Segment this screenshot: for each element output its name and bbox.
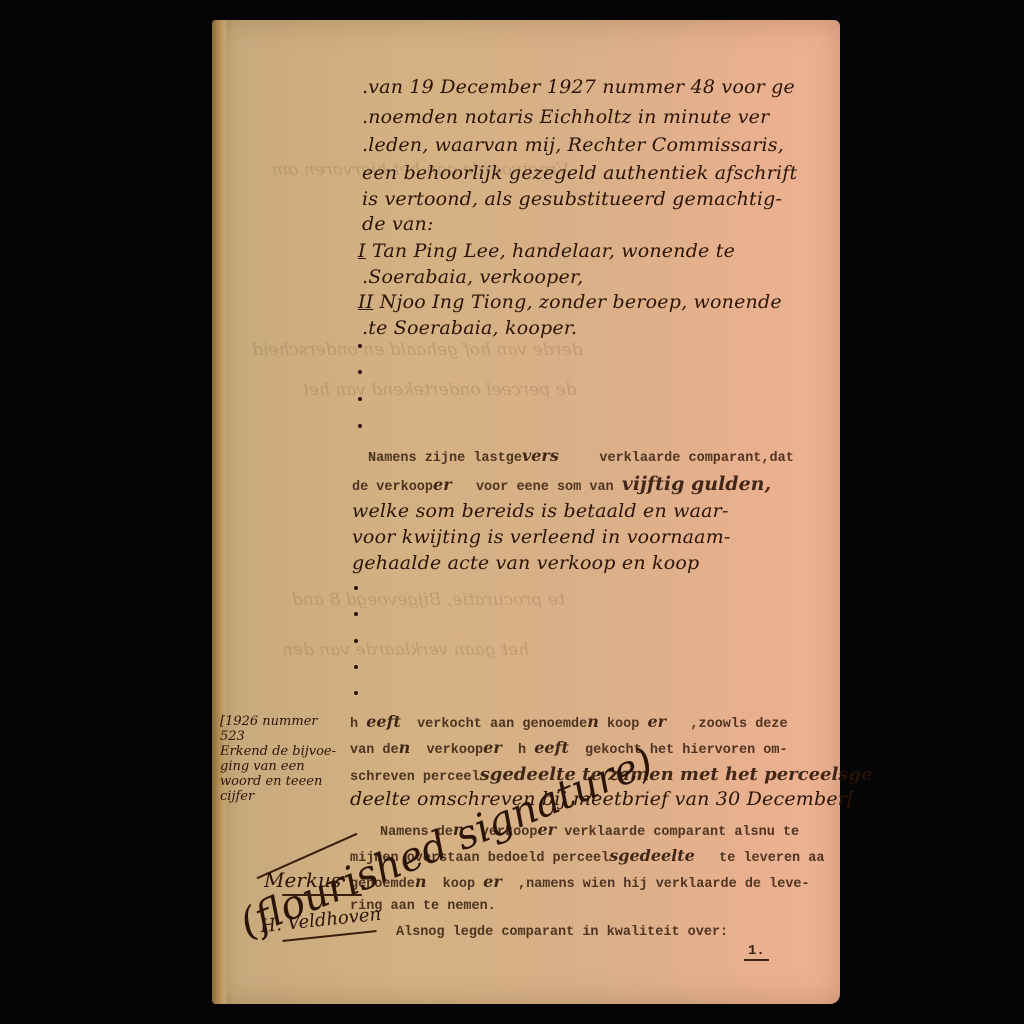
handwritten-insert: eeft	[366, 712, 401, 731]
filler-dot	[358, 424, 362, 428]
bleed-through-text: te procuratie, Bijgevoegd 8 and	[292, 590, 565, 610]
handwritten-line: is vertoond, als gesubstitueerd gemachti…	[362, 190, 782, 209]
typed-text: de verkoop	[352, 480, 433, 495]
handwritten-insert: eeft	[534, 738, 569, 757]
handwritten-insert: n	[399, 738, 411, 757]
handwritten-line: .van 19 December 1927 nummer 48 voor ge	[362, 78, 795, 97]
handwritten-line: gehaalde acte van verkoop en koop	[352, 554, 699, 573]
typed-text: ,zoowls deze	[690, 717, 787, 732]
typed-text: verkoop	[426, 743, 483, 758]
party-line: Tan Ping Lee, handelaar, wonende te	[372, 240, 735, 262]
handwritten-line: de van:	[362, 215, 434, 234]
signature-merkus: Merkus	[264, 868, 341, 892]
typed-text: verklaarde comparant,dat	[599, 451, 793, 466]
filler-dot	[358, 397, 362, 401]
party-line: .te Soerabaia, kooper.	[362, 319, 577, 338]
typed-text: h	[518, 743, 526, 758]
page-binding-edge	[212, 20, 226, 1004]
handwritten-insert: sgedeelte	[609, 846, 695, 865]
party-seller: I Tan Ping Lee, handelaar, wonende te	[358, 242, 735, 261]
typed-text: koop	[607, 717, 639, 732]
handwritten-insert: er	[647, 712, 666, 731]
typed-text: ,namens wien hij verklaarde de leve-	[518, 877, 810, 892]
bleed-through-text: het gaan verklaarde van den	[282, 640, 529, 660]
bleed-through-text: de perceel ondertekend van het	[302, 380, 577, 400]
filler-dot	[354, 691, 358, 695]
handwritten-insert: er	[483, 738, 502, 757]
handwritten-line: een behoorlijk gezegeld authentiek afsch…	[362, 164, 797, 183]
typed-text: h	[350, 717, 358, 732]
filler-dot	[354, 612, 358, 616]
handwritten-insert: vijftig gulden,	[622, 473, 771, 495]
typed-text: schreven perceel	[350, 770, 480, 785]
filler-dot	[358, 344, 362, 348]
filler-dot	[354, 665, 358, 669]
party-line: Njoo Ing Tiong, zonder beroep, wonende	[380, 291, 782, 313]
handwritten-insert: er	[433, 475, 452, 494]
typed-text: verklaarde comparant alsnu te	[564, 825, 799, 840]
typed-line: h eeft verkocht aan genoemden koop er ,z…	[350, 714, 788, 732]
typed-line: van den verkooper h eeft gekocht het hie…	[350, 740, 788, 758]
page-number: 1.	[744, 944, 769, 961]
document-page: Vrootvoerde aan het hiervoren om derde v…	[212, 20, 840, 1004]
filler-dot	[354, 586, 358, 590]
handwritten-line: welke som bereids is betaald en waar-	[352, 502, 729, 521]
handwritten-insert: er	[483, 872, 502, 891]
typed-text: voor eene som van	[476, 480, 614, 495]
party-numeral: II	[358, 291, 373, 313]
typed-line: Alsnog legde comparant in kwaliteit over…	[396, 926, 728, 940]
filler-dot	[354, 639, 358, 643]
handwritten-insert: vers	[522, 446, 559, 465]
typed-text: verkocht aan genoemde	[417, 717, 587, 732]
typed-text: Namens zijne lastge	[368, 451, 522, 466]
bleed-through-text: derde van hof gehaald en onderscheid	[252, 340, 583, 360]
typed-text: van de	[350, 743, 399, 758]
typed-text: te leveren aa	[719, 851, 824, 866]
handwritten-line: voor kwijting is verleend in voornaam-	[352, 528, 731, 547]
signature-underline	[282, 894, 362, 896]
party-line: .Soerabaia, verkooper,	[362, 268, 583, 287]
party-numeral: I	[358, 240, 366, 262]
party-buyer: II Njoo Ing Tiong, zonder beroep, wonend…	[358, 293, 782, 312]
filler-dot	[358, 370, 362, 374]
typed-text: koop	[443, 877, 475, 892]
handwritten-insert: n	[587, 712, 599, 731]
handwritten-line: .noemden notaris Eichholtz in minute ver	[362, 108, 769, 127]
typed-line: de verkooper voor eene som van vijftig g…	[352, 475, 771, 495]
margin-annotation: [1926 nummer 523 Erkend de bijvoe- ging …	[220, 714, 336, 804]
handwritten-line: .leden, waarvan mij, Rechter Commissaris…	[362, 136, 784, 155]
typed-line: Namens zijne lastgevers verklaarde compa…	[368, 448, 794, 466]
